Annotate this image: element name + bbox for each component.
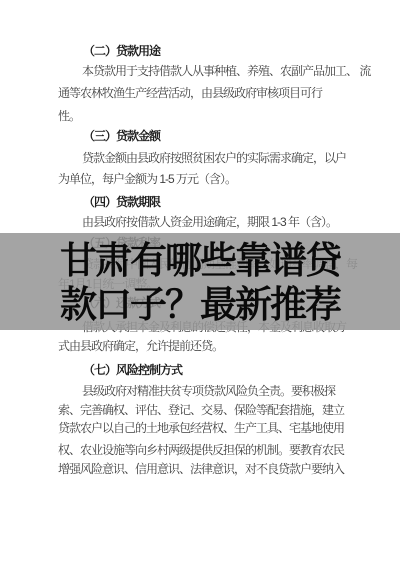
article-page: （二）贷款用途 本贷款用于支持借款人从事种植、养殖、农副产品加工、 流 通等农林… (0, 0, 400, 566)
doc-line: 式由县政府确定，允许提前还贷。 (58, 339, 223, 354)
overlay-title-line-2: 款口子？最新推荐 (60, 283, 340, 327)
heading-loan-term: （四）贷款期限 (83, 195, 160, 210)
doc-line: 贷款农户以自己的土地承包经营权、生产工具、宅基地使用 (58, 421, 344, 436)
heading-loan-purpose: （二）贷款用途 (83, 44, 160, 59)
heading-risk-control: （七）风险控制方式 (83, 363, 182, 378)
doc-line: 性。 (58, 109, 80, 124)
doc-line: 本贷款用于支持借款人从事种植、养殖、农副产品加工、 流 (82, 64, 370, 79)
doc-line: 由县政府按借款人资金用途确定，期限 1-3 年（含）。 (82, 215, 337, 230)
overlay-title-line-1: 甘肃有哪些靠谱贷 (60, 239, 340, 283)
doc-line: 为单位，每户金额为 1-5 万元（含）。 (58, 172, 236, 187)
doc-line: 贷款金额由县政府按照贫困农户的实际需求确定，以户 (82, 151, 346, 166)
title-overlay: 甘肃有哪些靠谱贷 款口子？最新推荐 (0, 233, 400, 330)
doc-line: 索、完善确权、评估、登记、交易、保险等配套措施，建立 (58, 403, 344, 418)
doc-line: 通等农林牧渔生产经营活动，由县级政府审核项目可行 (58, 86, 322, 101)
heading-loan-amount: （三）贷款金额 (83, 129, 160, 144)
doc-line: 县级政府对精准扶贫专项贷款风险负全责。要积极探 (82, 384, 335, 399)
doc-line: 增强风险意识、信用意识、法律意识，对不良贷款户要纳入 (58, 462, 344, 477)
doc-line: 权、农业设施等向乡村两级提供反担保的机制。要教育农民 (58, 443, 344, 458)
